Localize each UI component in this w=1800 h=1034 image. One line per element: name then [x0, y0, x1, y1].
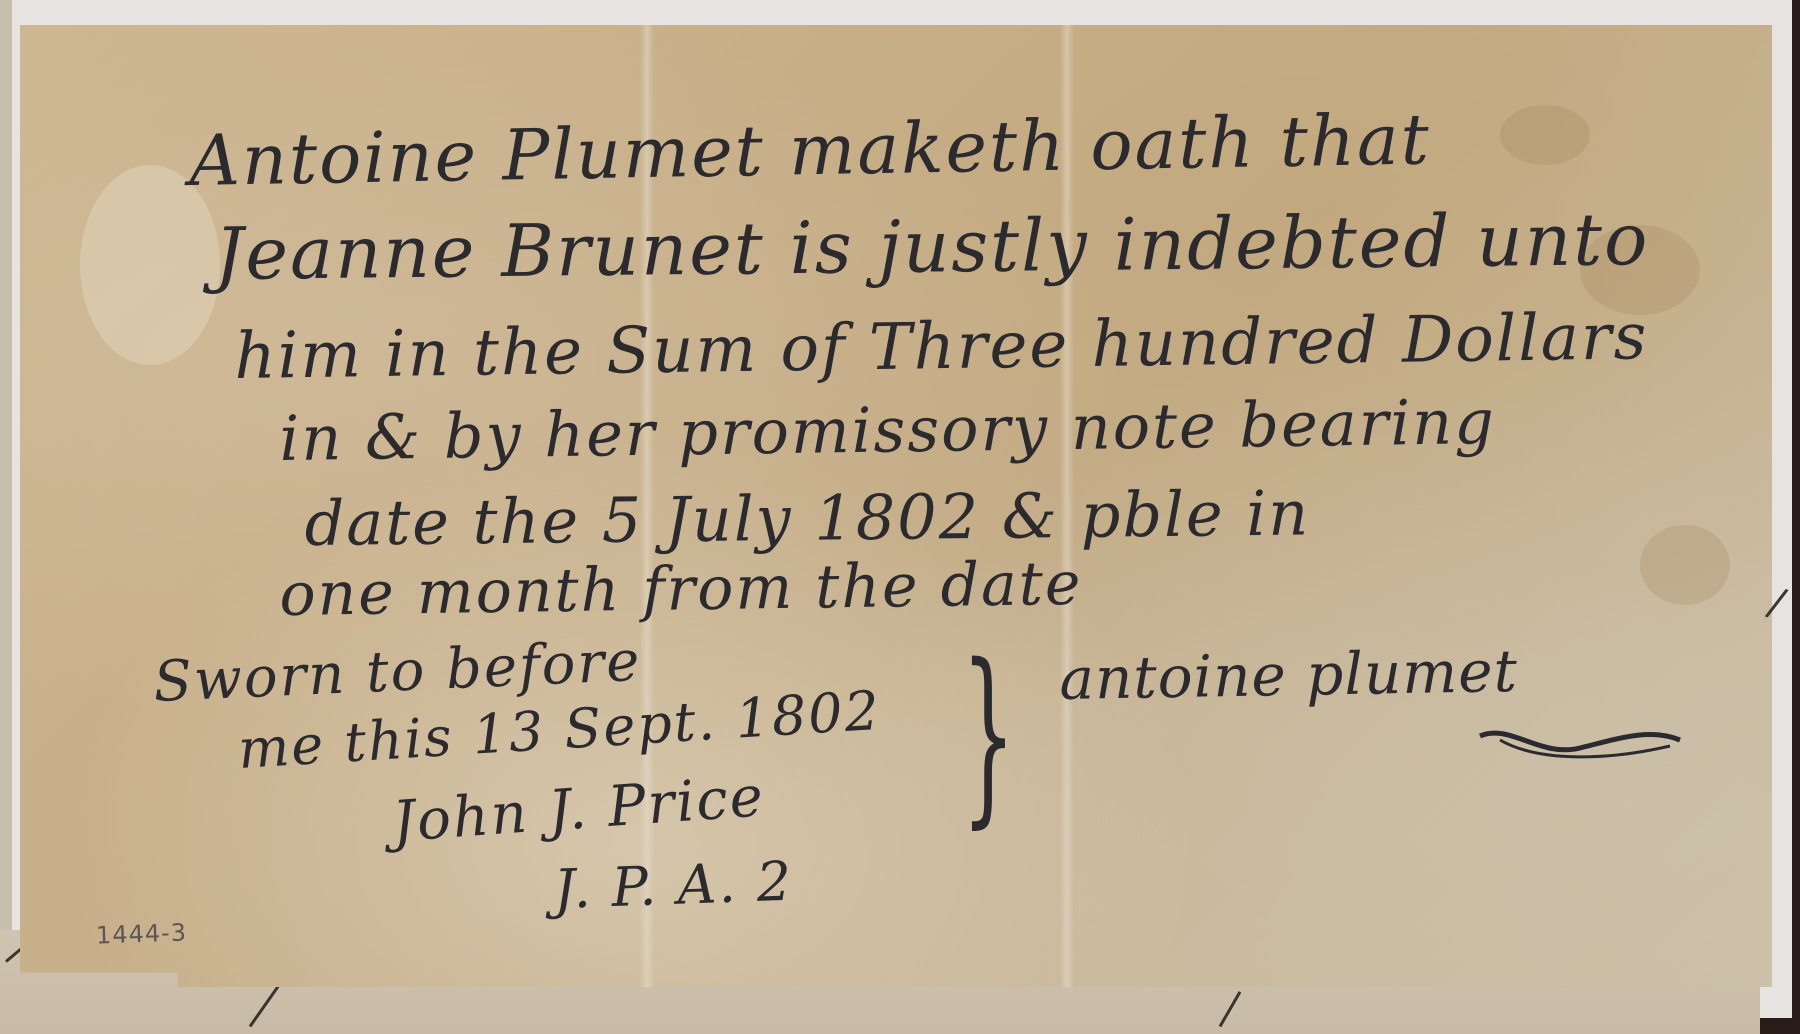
- curly-brace-mark: }: [961, 640, 1015, 830]
- affidavit-line-5: date the 5 July 1802 & pble in: [304, 476, 1310, 560]
- paper-stain: [1640, 525, 1730, 605]
- paper-stain: [1500, 105, 1590, 165]
- archive-number: 1444-3: [96, 918, 188, 949]
- justice-title: J. P. A. 2: [553, 850, 794, 921]
- affidavit-line-6: one month from the date: [279, 549, 1083, 630]
- underlying-ink-stroke: [1219, 991, 1242, 1027]
- affidavit-line-2: Jeanne Brunet is justly indebted unto: [214, 197, 1650, 296]
- mount-edge: [0, 0, 12, 1034]
- signature-flourish-icon: [1470, 718, 1690, 768]
- deponent-signature: antoine plumet: [1059, 637, 1519, 713]
